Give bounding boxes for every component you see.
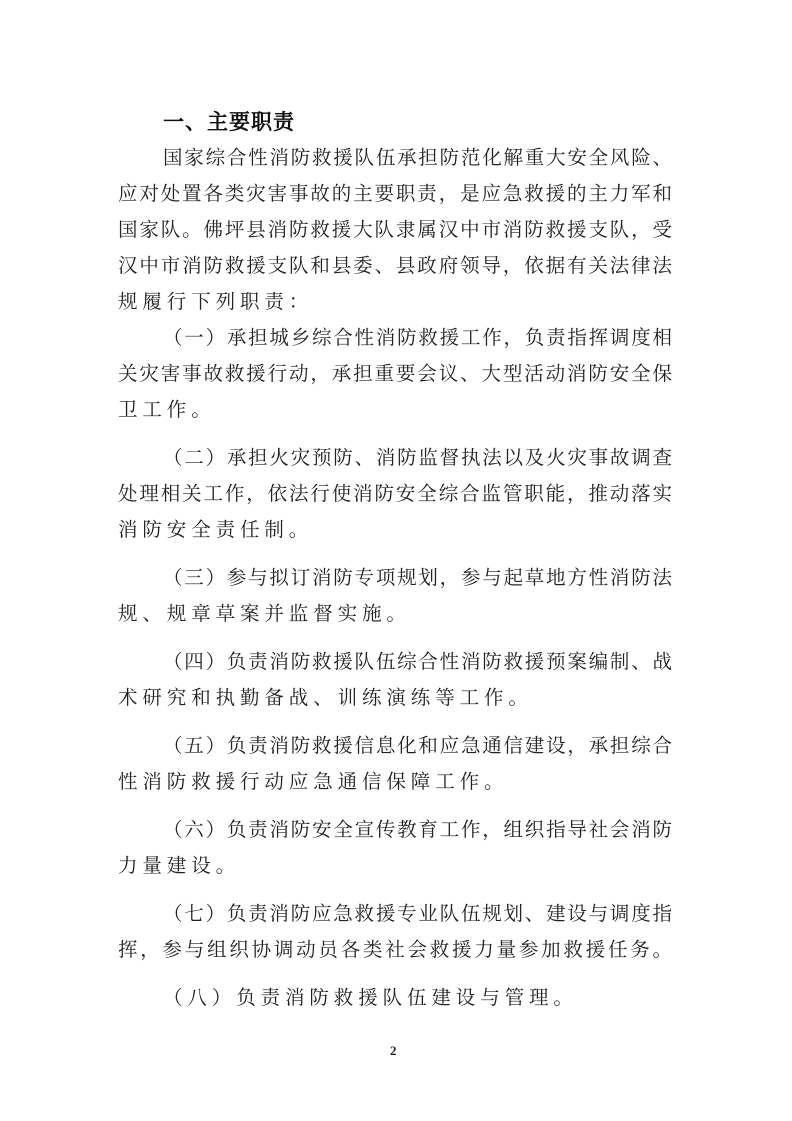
paragraph-line: 汉中市消防救援支队和县委、县政府领导，依据有关法律法 — [118, 251, 672, 281]
document-page: 一、主要职责 国家综合性消防救援队伍承担防范化解重大安全风险、 应对处置各类灾害… — [0, 0, 792, 1121]
paragraph-line: 规履行下列职责： — [118, 287, 672, 317]
list-item-line: 力量建设。 — [118, 851, 672, 881]
paragraph-line: 国家队。佛坪县消防救援大队隶属汉中市消防救援支队，受 — [118, 215, 672, 245]
list-item-line: 卫工作。 — [118, 395, 672, 425]
list-item-line: （三）参与拟订消防专项规划，参与起草地方性消防法 — [163, 563, 672, 593]
paragraph-line: 国家综合性消防救援队伍承担防范化解重大安全风险、 — [163, 143, 672, 173]
list-item-line: 性消防救援行动应急通信保障工作。 — [118, 767, 672, 797]
list-item-line: （四）负责消防救援队伍综合性消防救援预案编制、战 — [163, 647, 672, 677]
list-item-line: 关灾害事故救援行动，承担重要会议、大型活动消防安全保 — [118, 359, 672, 389]
list-item-line: （一）承担城乡综合性消防救援工作，负责指挥调度相 — [163, 323, 672, 353]
list-item-line: （七）负责消防应急救援专业队伍规划、建设与调度指 — [163, 899, 672, 929]
list-item-line: 术研究和执勤备战、训练演练等工作。 — [118, 683, 672, 713]
list-item-line: （八）负责消防救援队伍建设与管理。 — [163, 983, 672, 1013]
list-item-line: （二）承担火灾预防、消防监督执法以及火灾事故调查 — [163, 443, 672, 473]
list-item-line: （五）负责消防救援信息化和应急通信建设，承担综合 — [163, 731, 672, 761]
list-item-line: （六）负责消防安全宣传教育工作，组织指导社会消防 — [163, 815, 672, 845]
page-number: 2 — [390, 1043, 397, 1059]
section-heading: 一、主要职责 — [163, 106, 295, 136]
list-item-line: 处理相关工作，依法行使消防安全综合监管职能，推动落实 — [118, 479, 672, 509]
list-item-line: 挥，参与组织协调动员各类社会救援力量参加救援任务。 — [118, 935, 672, 965]
list-item-line: 规、规章草案并监督实施。 — [118, 599, 672, 629]
list-item-line: 消防安全责任制。 — [118, 515, 672, 545]
paragraph-line: 应对处置各类灾害事故的主要职责，是应急救援的主力军和 — [118, 179, 672, 209]
